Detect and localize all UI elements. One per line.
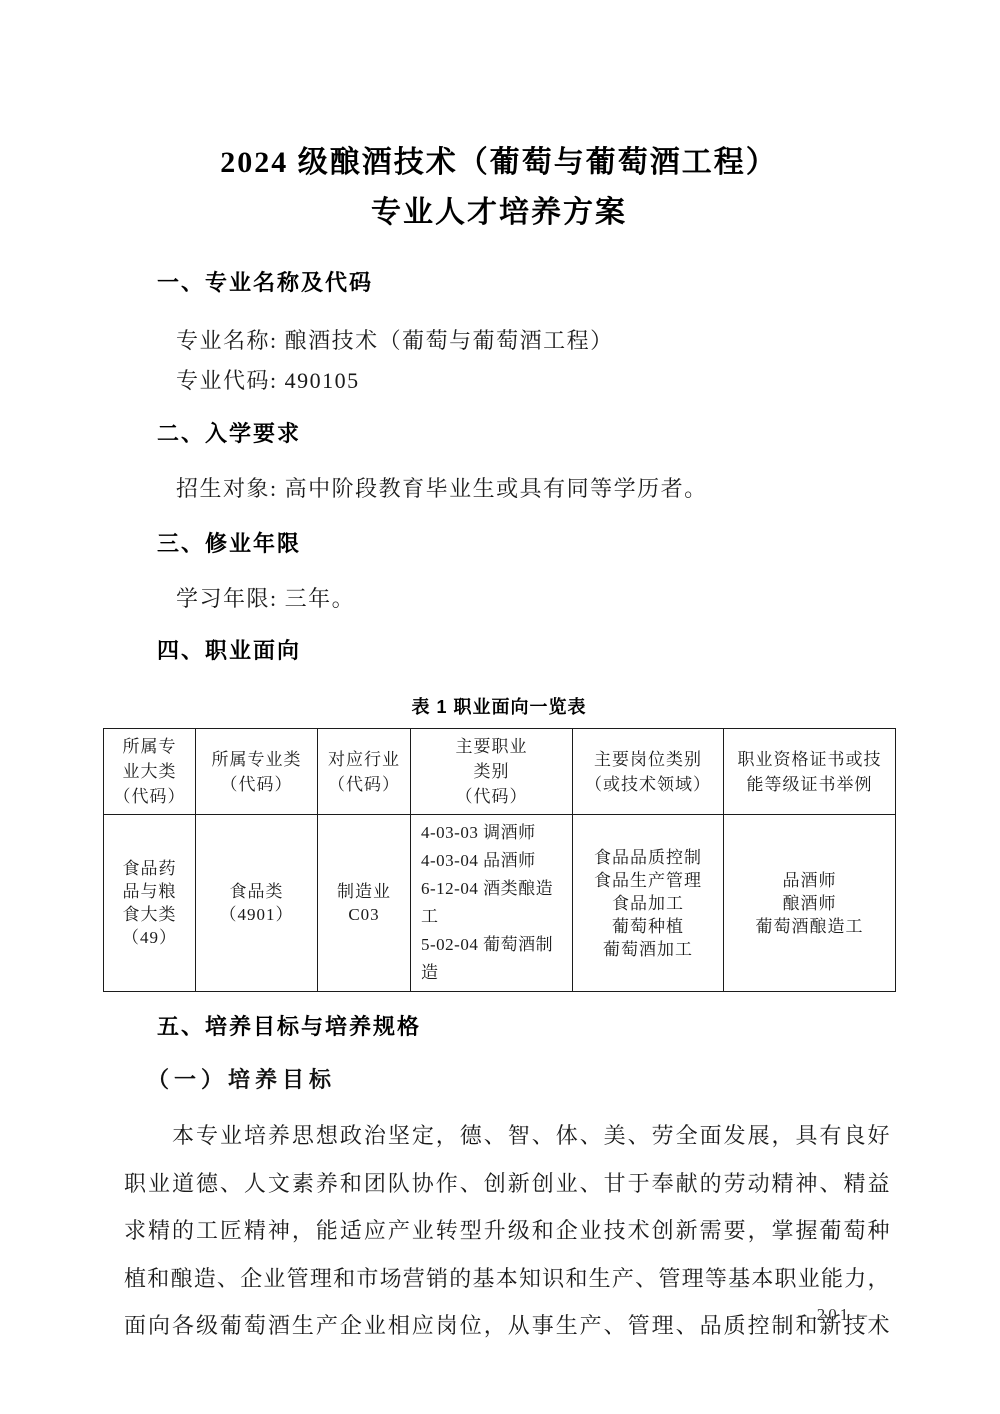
- cell-industry: 制造业 C03: [318, 815, 411, 992]
- cell-occupation-category: 4-03-03 调酒师 4-03-04 品酒师 6-12-04 酒类酿造工 5-…: [411, 815, 573, 992]
- page-number: – 201 –: [798, 1305, 870, 1325]
- major-name-line: 专业名称: 酿酒技术（葡萄与葡萄酒工程）: [176, 321, 895, 361]
- document-title: 2024 级酿酒技术（葡萄与葡萄酒工程） 专业人才培养方案: [103, 138, 895, 238]
- section-2-body: 招生对象: 高中阶段教育毕业生或具有同等学历者。: [176, 469, 895, 509]
- cell-major-class: 食品类 （4901）: [196, 815, 318, 992]
- document-page: 2024 级酿酒技术（葡萄与葡萄酒工程） 专业人才培养方案 一、专业名称及代码 …: [0, 0, 1000, 1414]
- header-major-category: 所属专 业大类 （代码）: [104, 729, 196, 815]
- cell-major-category: 食品药 品与粮 食大类 （49）: [104, 815, 196, 992]
- header-post-category: 主要岗位类别 （或技术领域）: [573, 729, 724, 815]
- header-occupation-category: 主要职业 类别 （代码）: [411, 729, 573, 815]
- paragraph-line: 职业道德、人文素养和团队协作、创新创业、甘于奉献的劳动精神、精益: [124, 1160, 890, 1208]
- section-5-sub-heading: （一）培养目标: [147, 1063, 895, 1097]
- paragraph-line: 植和酿造、企业管理和市场营销的基本知识和生产、管理等基本职业能力，: [124, 1255, 890, 1303]
- header-certificates: 职业资格证书或技 能等级证书举例: [724, 729, 896, 815]
- paragraph-line: 面向各级葡萄酒生产企业相应岗位，从事生产、管理、品质控制和新技术: [124, 1302, 890, 1350]
- training-objective-paragraph: 本专业培养思想政治坚定，德、智、体、美、劳全面发展，具有良好 职业道德、人文素养…: [124, 1112, 890, 1350]
- section-3-heading: 三、修业年限: [157, 527, 895, 561]
- section-5-heading: 五、培养目标与培养规格: [157, 1010, 895, 1044]
- document-title-line2: 专业人才培养方案: [103, 188, 895, 238]
- section-1-heading: 一、专业名称及代码: [157, 266, 895, 300]
- study-duration-line: 学习年限: 三年。: [176, 579, 895, 619]
- header-industry: 对应行业 （代码）: [318, 729, 411, 815]
- table-caption: 表 1 职业面向一览表: [103, 694, 895, 720]
- section-2-heading: 二、入学要求: [157, 417, 895, 451]
- section-1-body: 专业名称: 酿酒技术（葡萄与葡萄酒工程） 专业代码: 490105: [176, 321, 895, 401]
- header-major-class: 所属专业类 （代码）: [196, 729, 318, 815]
- table-header-row: 所属专 业大类 （代码） 所属专业类 （代码） 对应行业 （代码） 主要职业 类…: [104, 729, 896, 815]
- cell-certificates: 品酒师 酿酒师 葡萄酒酿造工: [724, 815, 896, 992]
- section-3-body: 学习年限: 三年。: [176, 579, 895, 619]
- paragraph-line: 求精的工匠精神，能适应产业转型升级和企业技术创新需要，掌握葡萄种: [124, 1207, 890, 1255]
- page-content: 2024 级酿酒技术（葡萄与葡萄酒工程） 专业人才培养方案 一、专业名称及代码 …: [103, 0, 895, 1350]
- major-code-line: 专业代码: 490105: [176, 361, 895, 401]
- section-4-heading: 四、职业面向: [157, 634, 895, 668]
- enrollment-target-line: 招生对象: 高中阶段教育毕业生或具有同等学历者。: [176, 469, 895, 509]
- paragraph-line: 本专业培养思想政治坚定，德、智、体、美、劳全面发展，具有良好: [124, 1112, 890, 1160]
- document-title-line1: 2024 级酿酒技术（葡萄与葡萄酒工程）: [103, 138, 895, 188]
- career-orientation-table: 所属专 业大类 （代码） 所属专业类 （代码） 对应行业 （代码） 主要职业 类…: [103, 728, 896, 992]
- table-row: 食品药 品与粮 食大类 （49） 食品类 （4901） 制造业 C03 4-03…: [104, 815, 896, 992]
- cell-post-category: 食品品质控制 食品生产管理 食品加工 葡萄种植 葡萄酒加工: [573, 815, 724, 992]
